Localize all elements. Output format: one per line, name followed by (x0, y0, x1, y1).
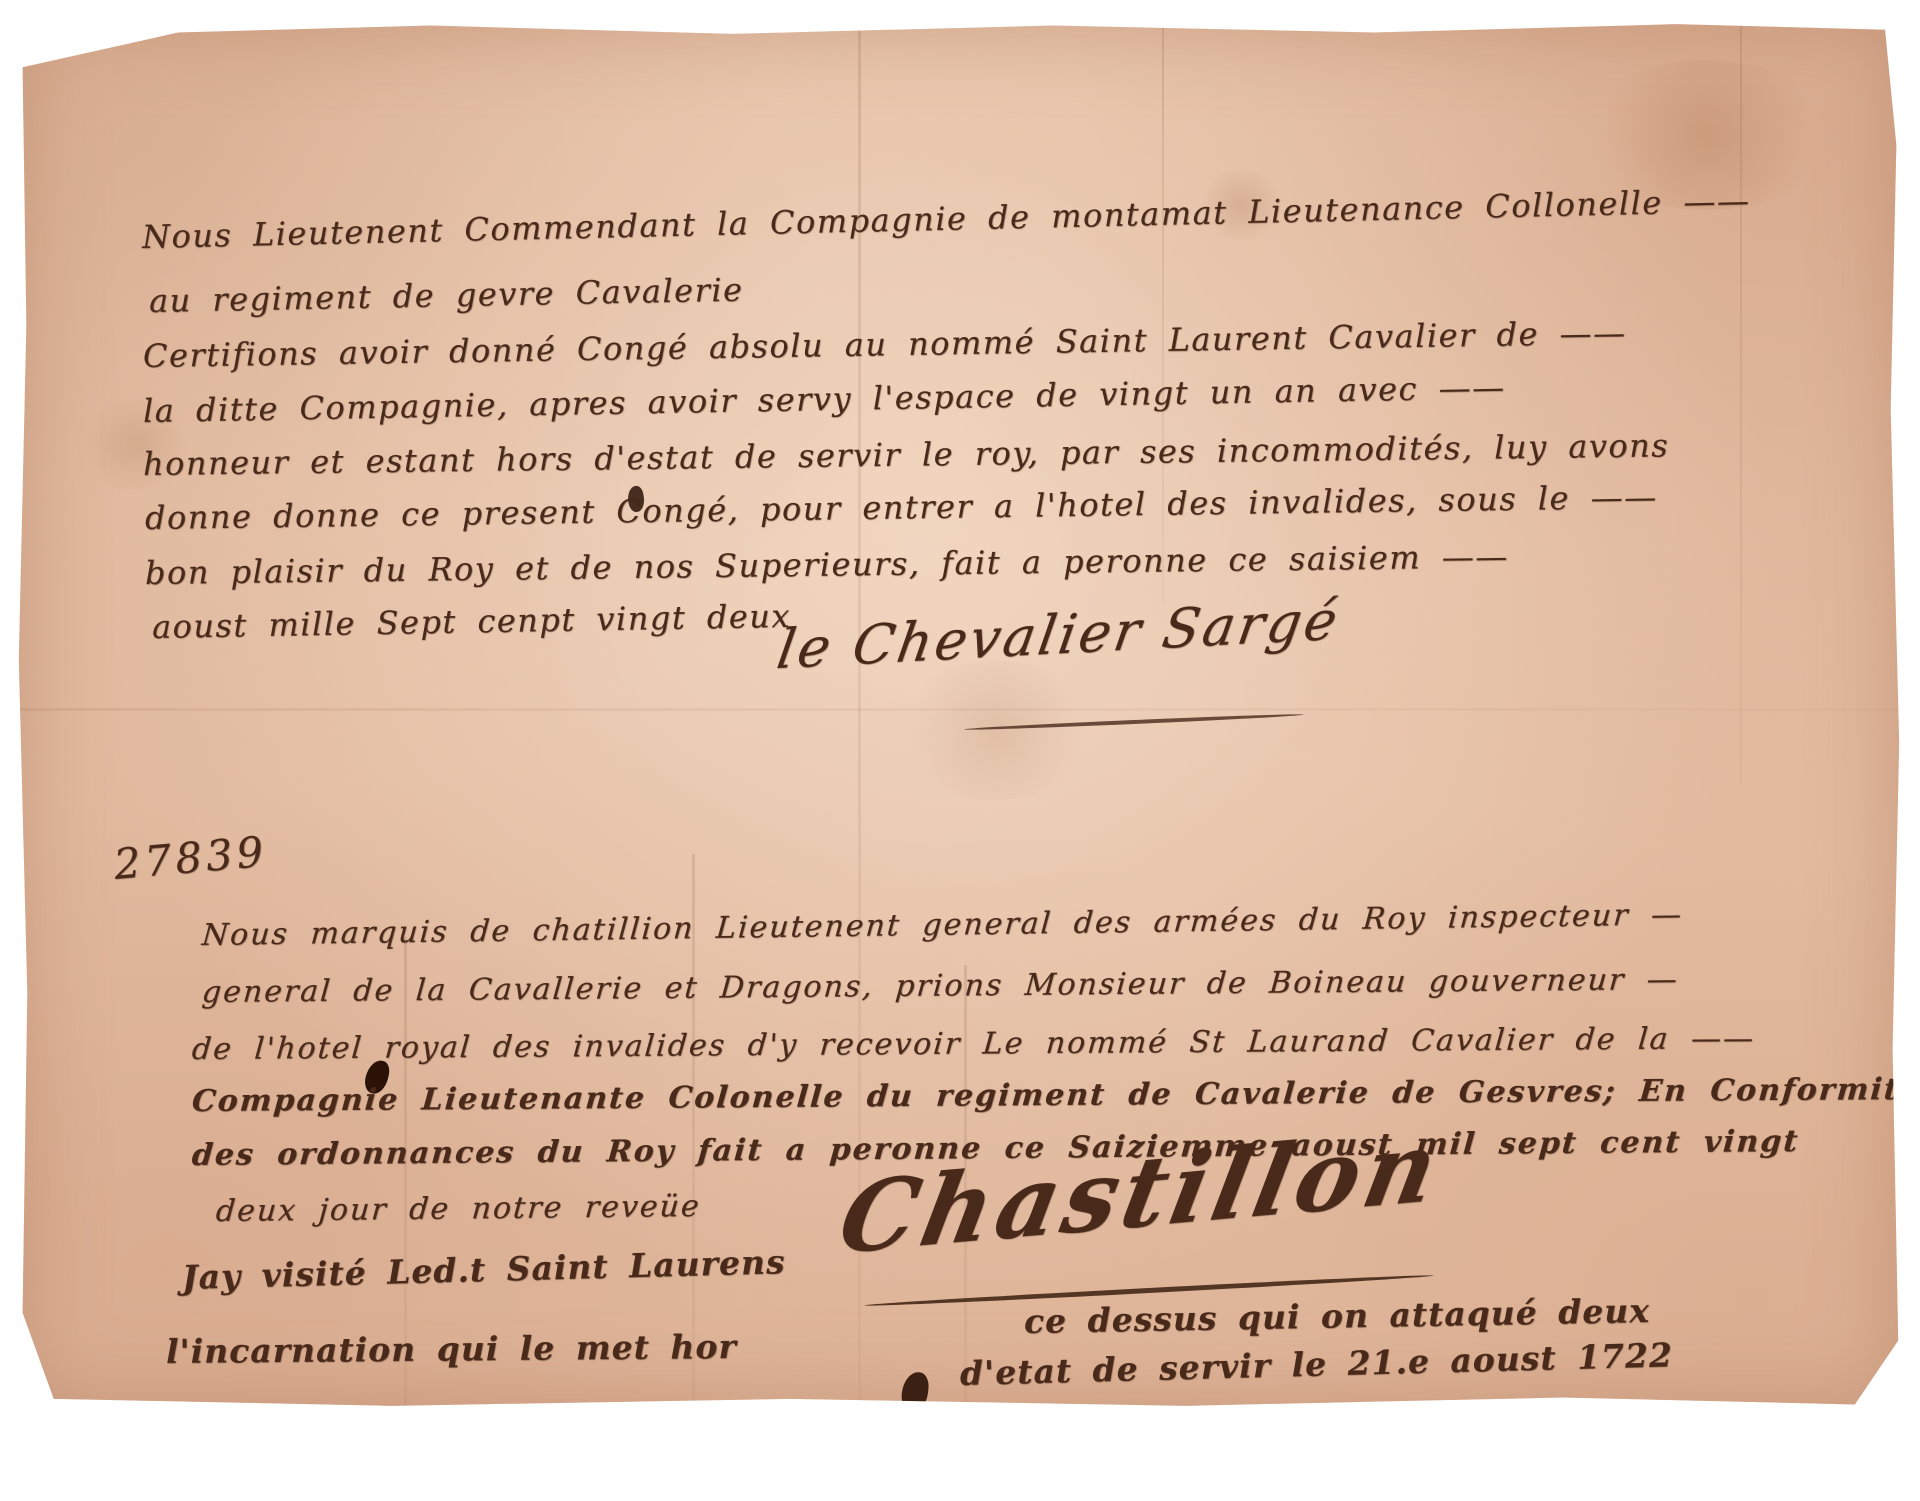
manuscript-line: bon plaisir du Roy et de nos Superieurs,… (145, 537, 1509, 592)
manuscript-line: aoust mille Sept cenpt vingt deux (152, 597, 792, 646)
manuscript-line: Jay visité Led.t Saint Laurens (181, 1242, 786, 1297)
manuscript-line: deux jour de notre reveüe (215, 1189, 702, 1229)
scanned-manuscript-sheet: Nous Lieutenent Commendant la Compagnie … (16, 20, 1902, 1410)
foxing-stain (896, 660, 1096, 800)
vertical-fold-crease (1740, 20, 1742, 785)
manuscript-line: Nous Lieutenent Commendant la Compagnie … (142, 182, 1751, 256)
signature-underline-flourish (964, 713, 1304, 732)
manuscript-line: general de la Cavallerie et Dragons, pri… (201, 962, 1681, 1010)
reference-number: 27839 (112, 827, 269, 889)
manuscript-line: au regiment de gevre Cavalerie (149, 271, 744, 320)
manuscript-line: Compagnie Lieutenante Colonelle du regim… (191, 1072, 1902, 1119)
signature-morand: Morand (1134, 1401, 1295, 1410)
manuscript-line: Certifions avoir donné Congé absolu au n… (143, 314, 1627, 375)
manuscript-line: ce dessus qui on attaqué deux (1024, 1291, 1651, 1341)
manuscript-line: d'etat de servir le 21.e aoust 1722 (959, 1335, 1673, 1393)
manuscript-line: l'incarnation qui le met hor (166, 1327, 737, 1371)
manuscript-line: la ditte Compagnie, apres avoir servy l'… (143, 368, 1506, 430)
manuscript-line: Nous marquis de chatillion Lieutenent ge… (201, 897, 1685, 953)
manuscript-line: honneur et estant hors d'estat de servir… (143, 426, 1670, 483)
horizontal-fold-crease (16, 708, 1902, 711)
manuscript-line: de l'hotel royal des invalides d'y recev… (191, 1021, 1757, 1067)
manuscript-line: donne donne ce present Congé, pour entre… (145, 478, 1658, 537)
ink-blot (900, 1371, 930, 1410)
